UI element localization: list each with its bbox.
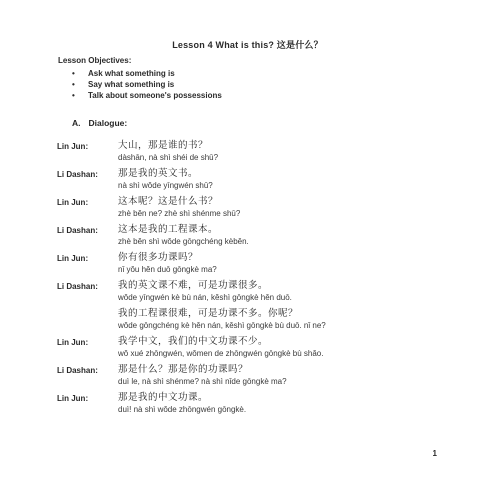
utterance: 这本是我的工程课本。 zhè běn shì wǒde gōngchéng kè… — [118, 224, 438, 247]
pinyin-line: wǒ xué zhōngwén, wǒmen de zhōngwén gōngk… — [118, 348, 438, 359]
pinyin-line: zhè běn ne? zhè shì shénme shū? — [118, 208, 438, 219]
dialogue-row: Lin Jun: 大山，那是谁的书？ dàshān, nà shì shéi d… — [57, 140, 438, 163]
chinese-line: 那是我的中文功课。 — [118, 392, 438, 404]
pinyin-line: wǒde gōngchéng kè hěn nán, kěshì gōngkè … — [118, 320, 438, 331]
chinese-line: 那是什么？那是你的功课吗？ — [118, 364, 438, 376]
utterance: 那是什么？那是你的功课吗？ duì le, nà shì shénme? nà … — [118, 364, 438, 387]
dialogue-row: Li Dashan: 那是我的英文书。 nà shì wǒde yīngwén … — [57, 168, 438, 191]
objective-text: Say what something is — [88, 79, 174, 90]
speaker-label: Lin Jun: — [57, 140, 118, 163]
pinyin-line: wǒde yīngwén kè bù nán, kěshì gōngkè hěn… — [118, 292, 438, 303]
dialogue-row: Lin Jun: 这本呢？这是什么书？ zhè běn ne? zhè shì … — [57, 196, 438, 219]
section-label: Dialogue: — [89, 118, 128, 128]
pinyin-line: dàshān, nà shì shéi de shū? — [118, 152, 438, 163]
utterance: 你有很多功课吗？ nǐ yǒu hěn duō gōngkè ma? — [118, 252, 438, 275]
utterance: 那是我的英文书。 nà shì wǒde yīngwén shū? — [118, 168, 438, 191]
bullet-icon: • — [72, 90, 88, 101]
dialogue-row: Li Dashan: 我的英文课不难，可是功课很多。 wǒde yīngwén … — [57, 280, 438, 303]
chinese-line: 大山，那是谁的书？ — [118, 140, 438, 152]
section-heading-dialogue: A.Dialogue: — [72, 118, 438, 128]
objectives-heading: Lesson Objectives: — [58, 56, 438, 65]
chinese-line: 这本呢？这是什么书？ — [118, 196, 438, 208]
list-item: • Talk about someone's possessions — [72, 90, 438, 101]
dialogue-row-continuation: 我的工程课很难，可是功课不多。你呢？ wǒde gōngchéng kè hěn… — [57, 308, 438, 331]
speaker-label — [57, 308, 118, 331]
chinese-line: 我的英文课不难，可是功课很多。 — [118, 280, 438, 292]
utterance: 我的工程课很难，可是功课不多。你呢？ wǒde gōngchéng kè hěn… — [118, 308, 438, 331]
pinyin-line: zhè běn shì wǒde gōngchéng kèběn. — [118, 236, 438, 247]
chinese-line: 你有很多功课吗？ — [118, 252, 438, 264]
list-item: • Say what something is — [72, 79, 438, 90]
pinyin-line: duì! nà shì wǒde zhōngwén gōngkè. — [118, 404, 438, 415]
dialogue-row: Lin Jun: 我学中文，我们的中文功课不少。 wǒ xué zhōngwén… — [57, 336, 438, 359]
speaker-label: Li Dashan: — [57, 280, 118, 303]
section-letter: A. — [72, 118, 81, 128]
utterance: 我学中文，我们的中文功课不少。 wǒ xué zhōngwén, wǒmen d… — [118, 336, 438, 359]
utterance: 大山，那是谁的书？ dàshān, nà shì shéi de shū? — [118, 140, 438, 163]
speaker-label: Lin Jun: — [57, 392, 118, 415]
utterance: 我的英文课不难，可是功课很多。 wǒde yīngwén kè bù nán, … — [118, 280, 438, 303]
objectives-list: • Ask what something is • Say what somet… — [57, 68, 438, 101]
page-title: Lesson 4 What is this? 这是什么？ — [57, 38, 438, 51]
speaker-label: Lin Jun: — [57, 196, 118, 219]
dialogue-row: Li Dashan: 那是什么？那是你的功课吗？ duì le, nà shì … — [57, 364, 438, 387]
chinese-line: 我学中文，我们的中文功课不少。 — [118, 336, 438, 348]
chinese-line: 这本是我的工程课本。 — [118, 224, 438, 236]
dialogue-row: Lin Jun: 那是我的中文功课。 duì! nà shì wǒde zhōn… — [57, 392, 438, 415]
pinyin-line: duì le, nà shì shénme? nà shì nǐde gōngk… — [118, 376, 438, 387]
utterance: 那是我的中文功课。 duì! nà shì wǒde zhōngwén gōng… — [118, 392, 438, 415]
speaker-label: Li Dashan: — [57, 224, 118, 247]
dialogue-section: Lin Jun: 大山，那是谁的书？ dàshān, nà shì shéi d… — [57, 140, 438, 415]
document-page: Lesson 4 What is this? 这是什么？ Lesson Obje… — [0, 0, 495, 495]
objective-text: Ask what something is — [88, 68, 175, 79]
chinese-line: 我的工程课很难，可是功课不多。你呢？ — [118, 308, 438, 320]
chinese-line: 那是我的英文书。 — [118, 168, 438, 180]
dialogue-row: Lin Jun: 你有很多功课吗？ nǐ yǒu hěn duō gōngkè … — [57, 252, 438, 275]
pinyin-line: nǐ yǒu hěn duō gōngkè ma? — [118, 264, 438, 275]
page-number: 1 — [433, 449, 437, 458]
pinyin-line: nà shì wǒde yīngwén shū? — [118, 180, 438, 191]
list-item: • Ask what something is — [72, 68, 438, 79]
speaker-label: Li Dashan: — [57, 168, 118, 191]
speaker-label: Lin Jun: — [57, 336, 118, 359]
objective-text: Talk about someone's possessions — [88, 90, 222, 101]
utterance: 这本呢？这是什么书？ zhè běn ne? zhè shì shénme sh… — [118, 196, 438, 219]
bullet-icon: • — [72, 68, 88, 79]
speaker-label: Lin Jun: — [57, 252, 118, 275]
speaker-label: Li Dashan: — [57, 364, 118, 387]
bullet-icon: • — [72, 79, 88, 90]
dialogue-row: Li Dashan: 这本是我的工程课本。 zhè běn shì wǒde g… — [57, 224, 438, 247]
